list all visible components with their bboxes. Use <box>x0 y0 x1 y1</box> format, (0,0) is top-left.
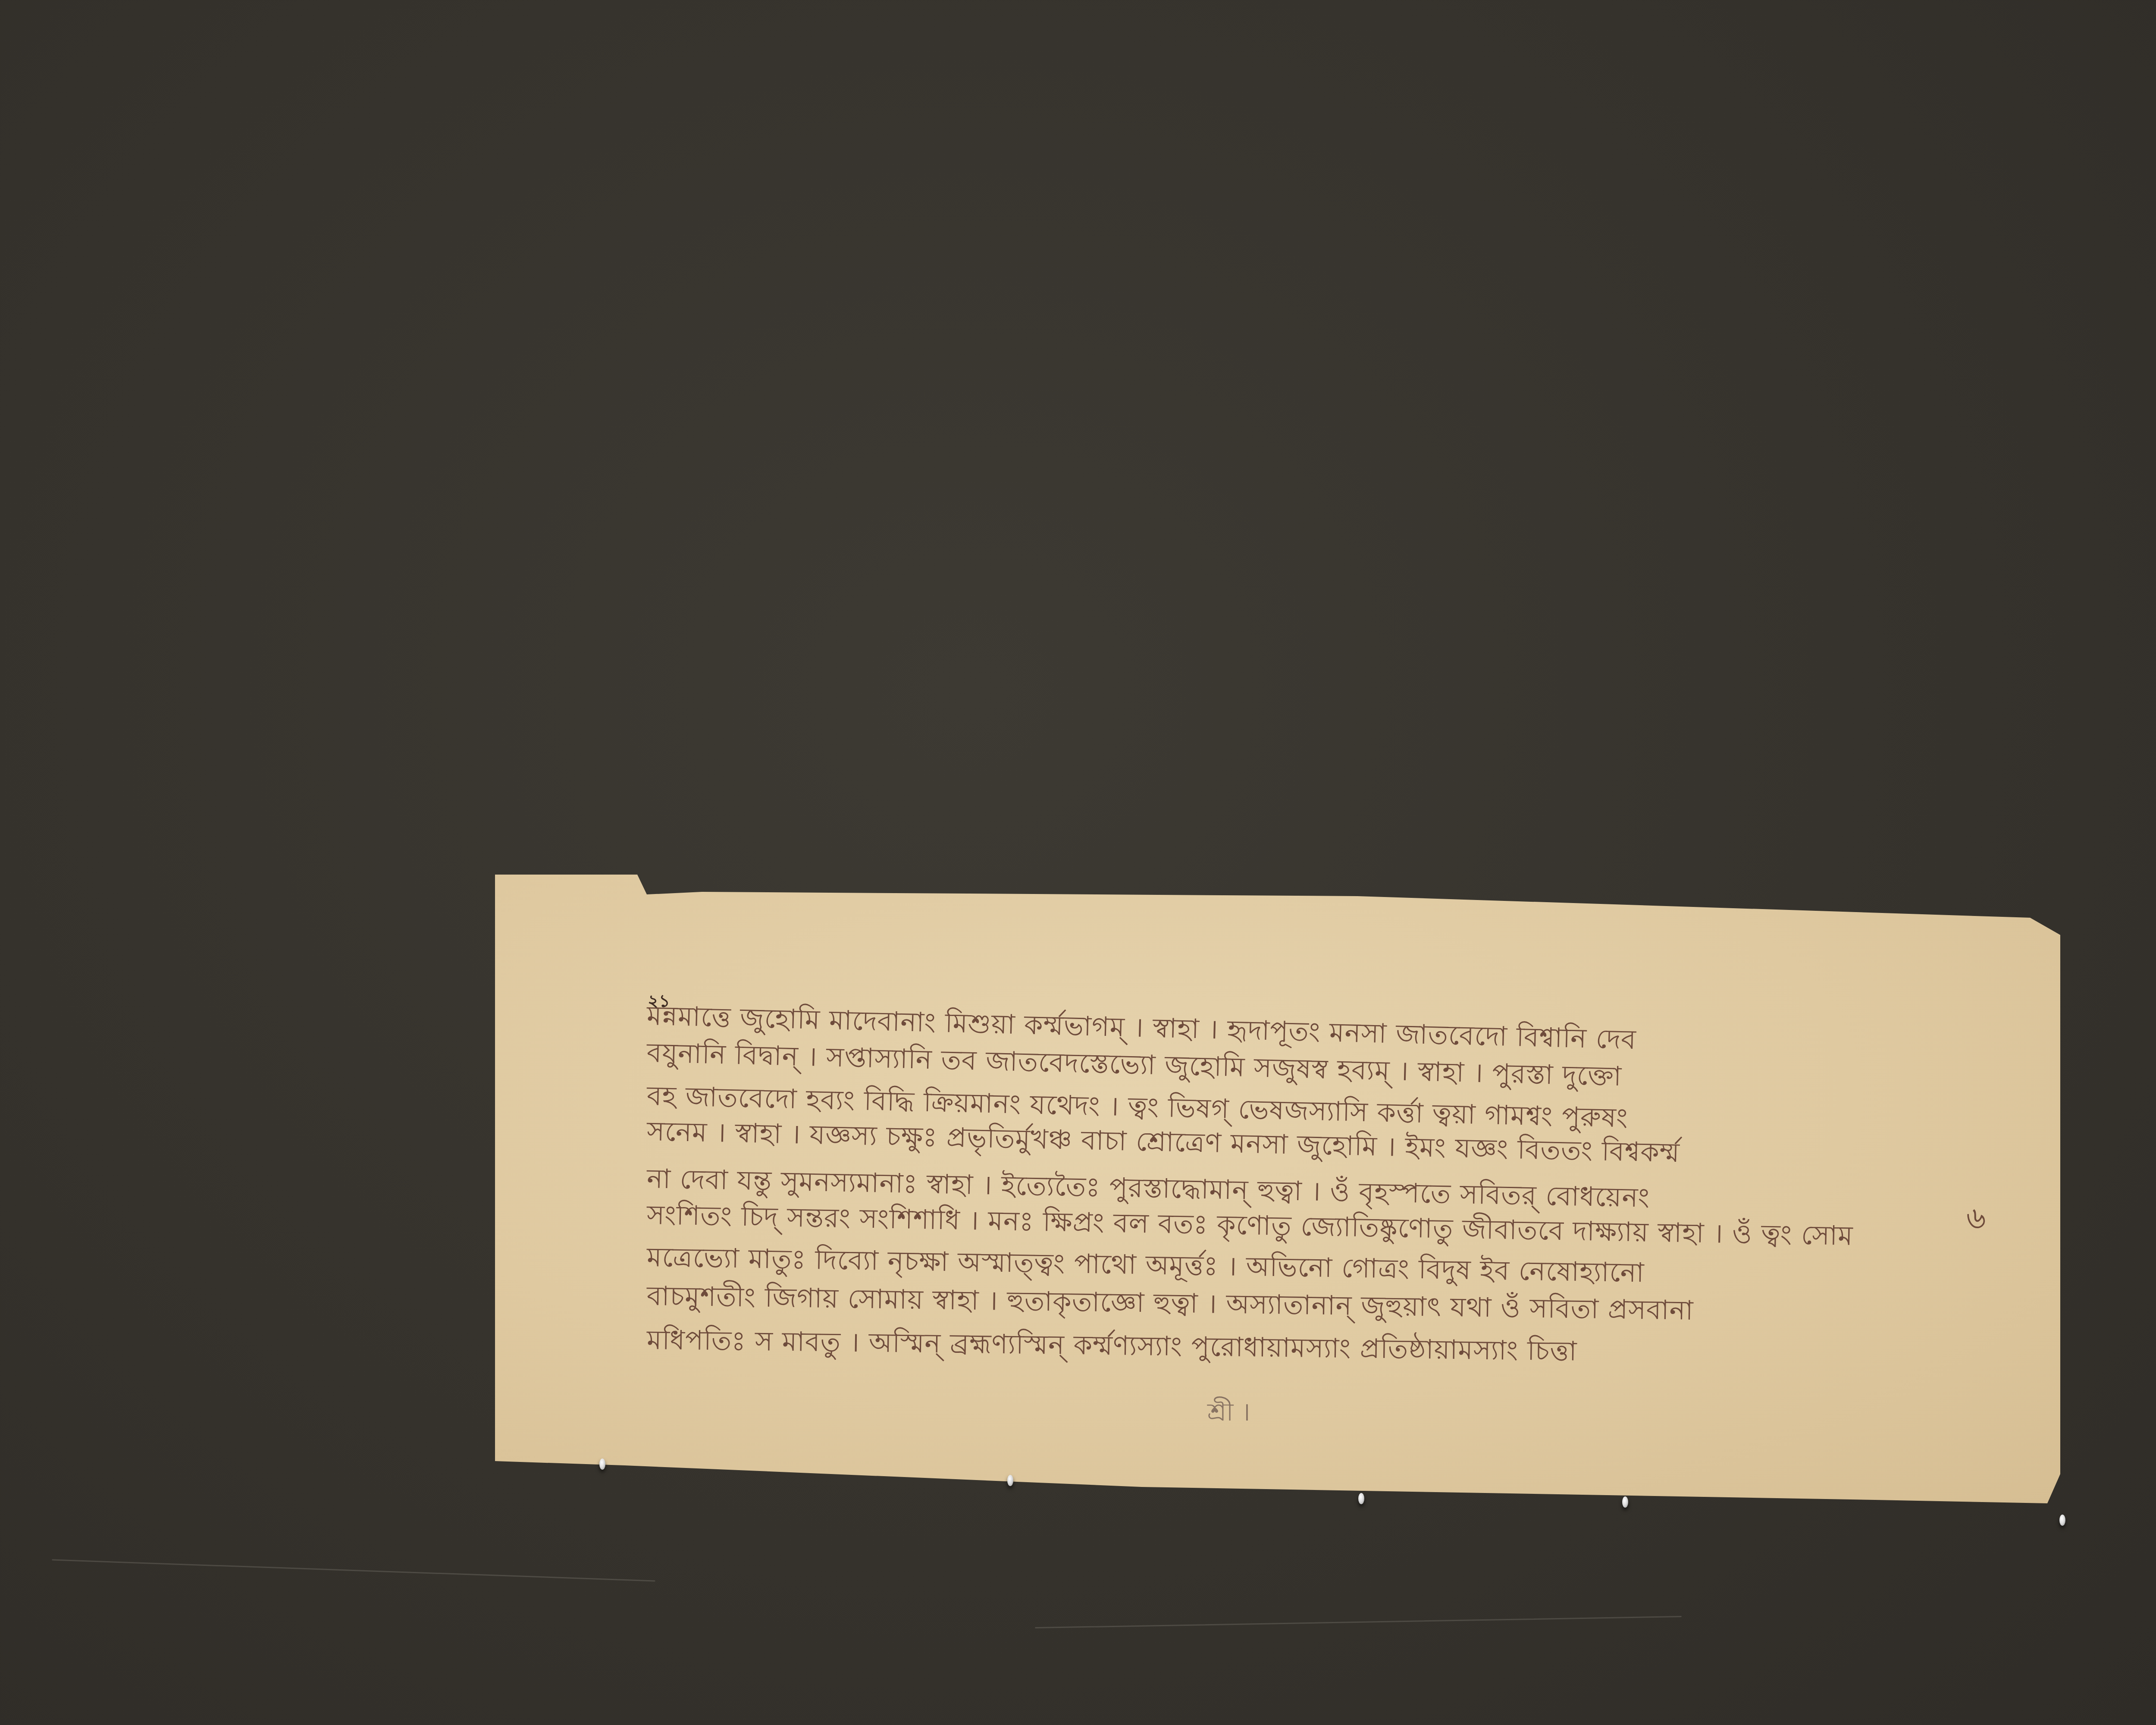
mounting-pin <box>1358 1493 1364 1504</box>
manuscript-leaf: ২১ মন্নমাত্তে জুহোমি মাদেবানাং মিশুয়া ক… <box>495 875 2060 1504</box>
signature: শ্রী । <box>1207 1393 1250 1435</box>
mounting-pin <box>1622 1496 1628 1508</box>
margin-page-number: ৬ <box>1966 1195 1986 1245</box>
mounting-pin <box>599 1458 605 1470</box>
board-scratch <box>52 1559 655 1582</box>
board-scratch <box>1035 1616 1682 1628</box>
mounting-pin <box>2059 1515 2065 1526</box>
manuscript-text: মন্নমাত্তে জুহোমি মাদেবানাং মিশুয়া কর্ম… <box>647 995 2018 1383</box>
mounting-pin <box>1007 1475 1013 1486</box>
